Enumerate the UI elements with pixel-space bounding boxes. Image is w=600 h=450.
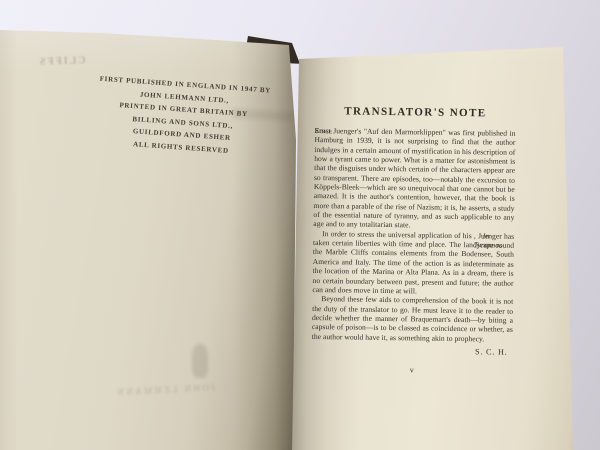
note-paragraph: In order to stress the universal applica…	[312, 229, 514, 297]
note-paragraph: Beyond these few aids to comprehension o…	[312, 294, 514, 344]
page-title: TRANSLATOR'S NOTE	[315, 105, 516, 120]
gutter-shadow	[0, 0, 298, 450]
translator-initials: S. C. H.	[312, 345, 513, 357]
note-paragraph: Since Ernst Juenger's "Auf den Marmorkli…	[313, 126, 515, 232]
translators-note: TRANSLATOR'S NOTE Since Ernst Juenger's …	[311, 105, 516, 376]
book-photo-stage: CLIFFS FIRST PUBLISHED IN ENGLAND IN 194…	[0, 0, 600, 450]
left-page: CLIFFS FIRST PUBLISHED IN ENGLAND IN 194…	[0, 0, 298, 450]
note-body: Since Ernst Juenger's "Auf den Marmorkli…	[312, 126, 516, 344]
